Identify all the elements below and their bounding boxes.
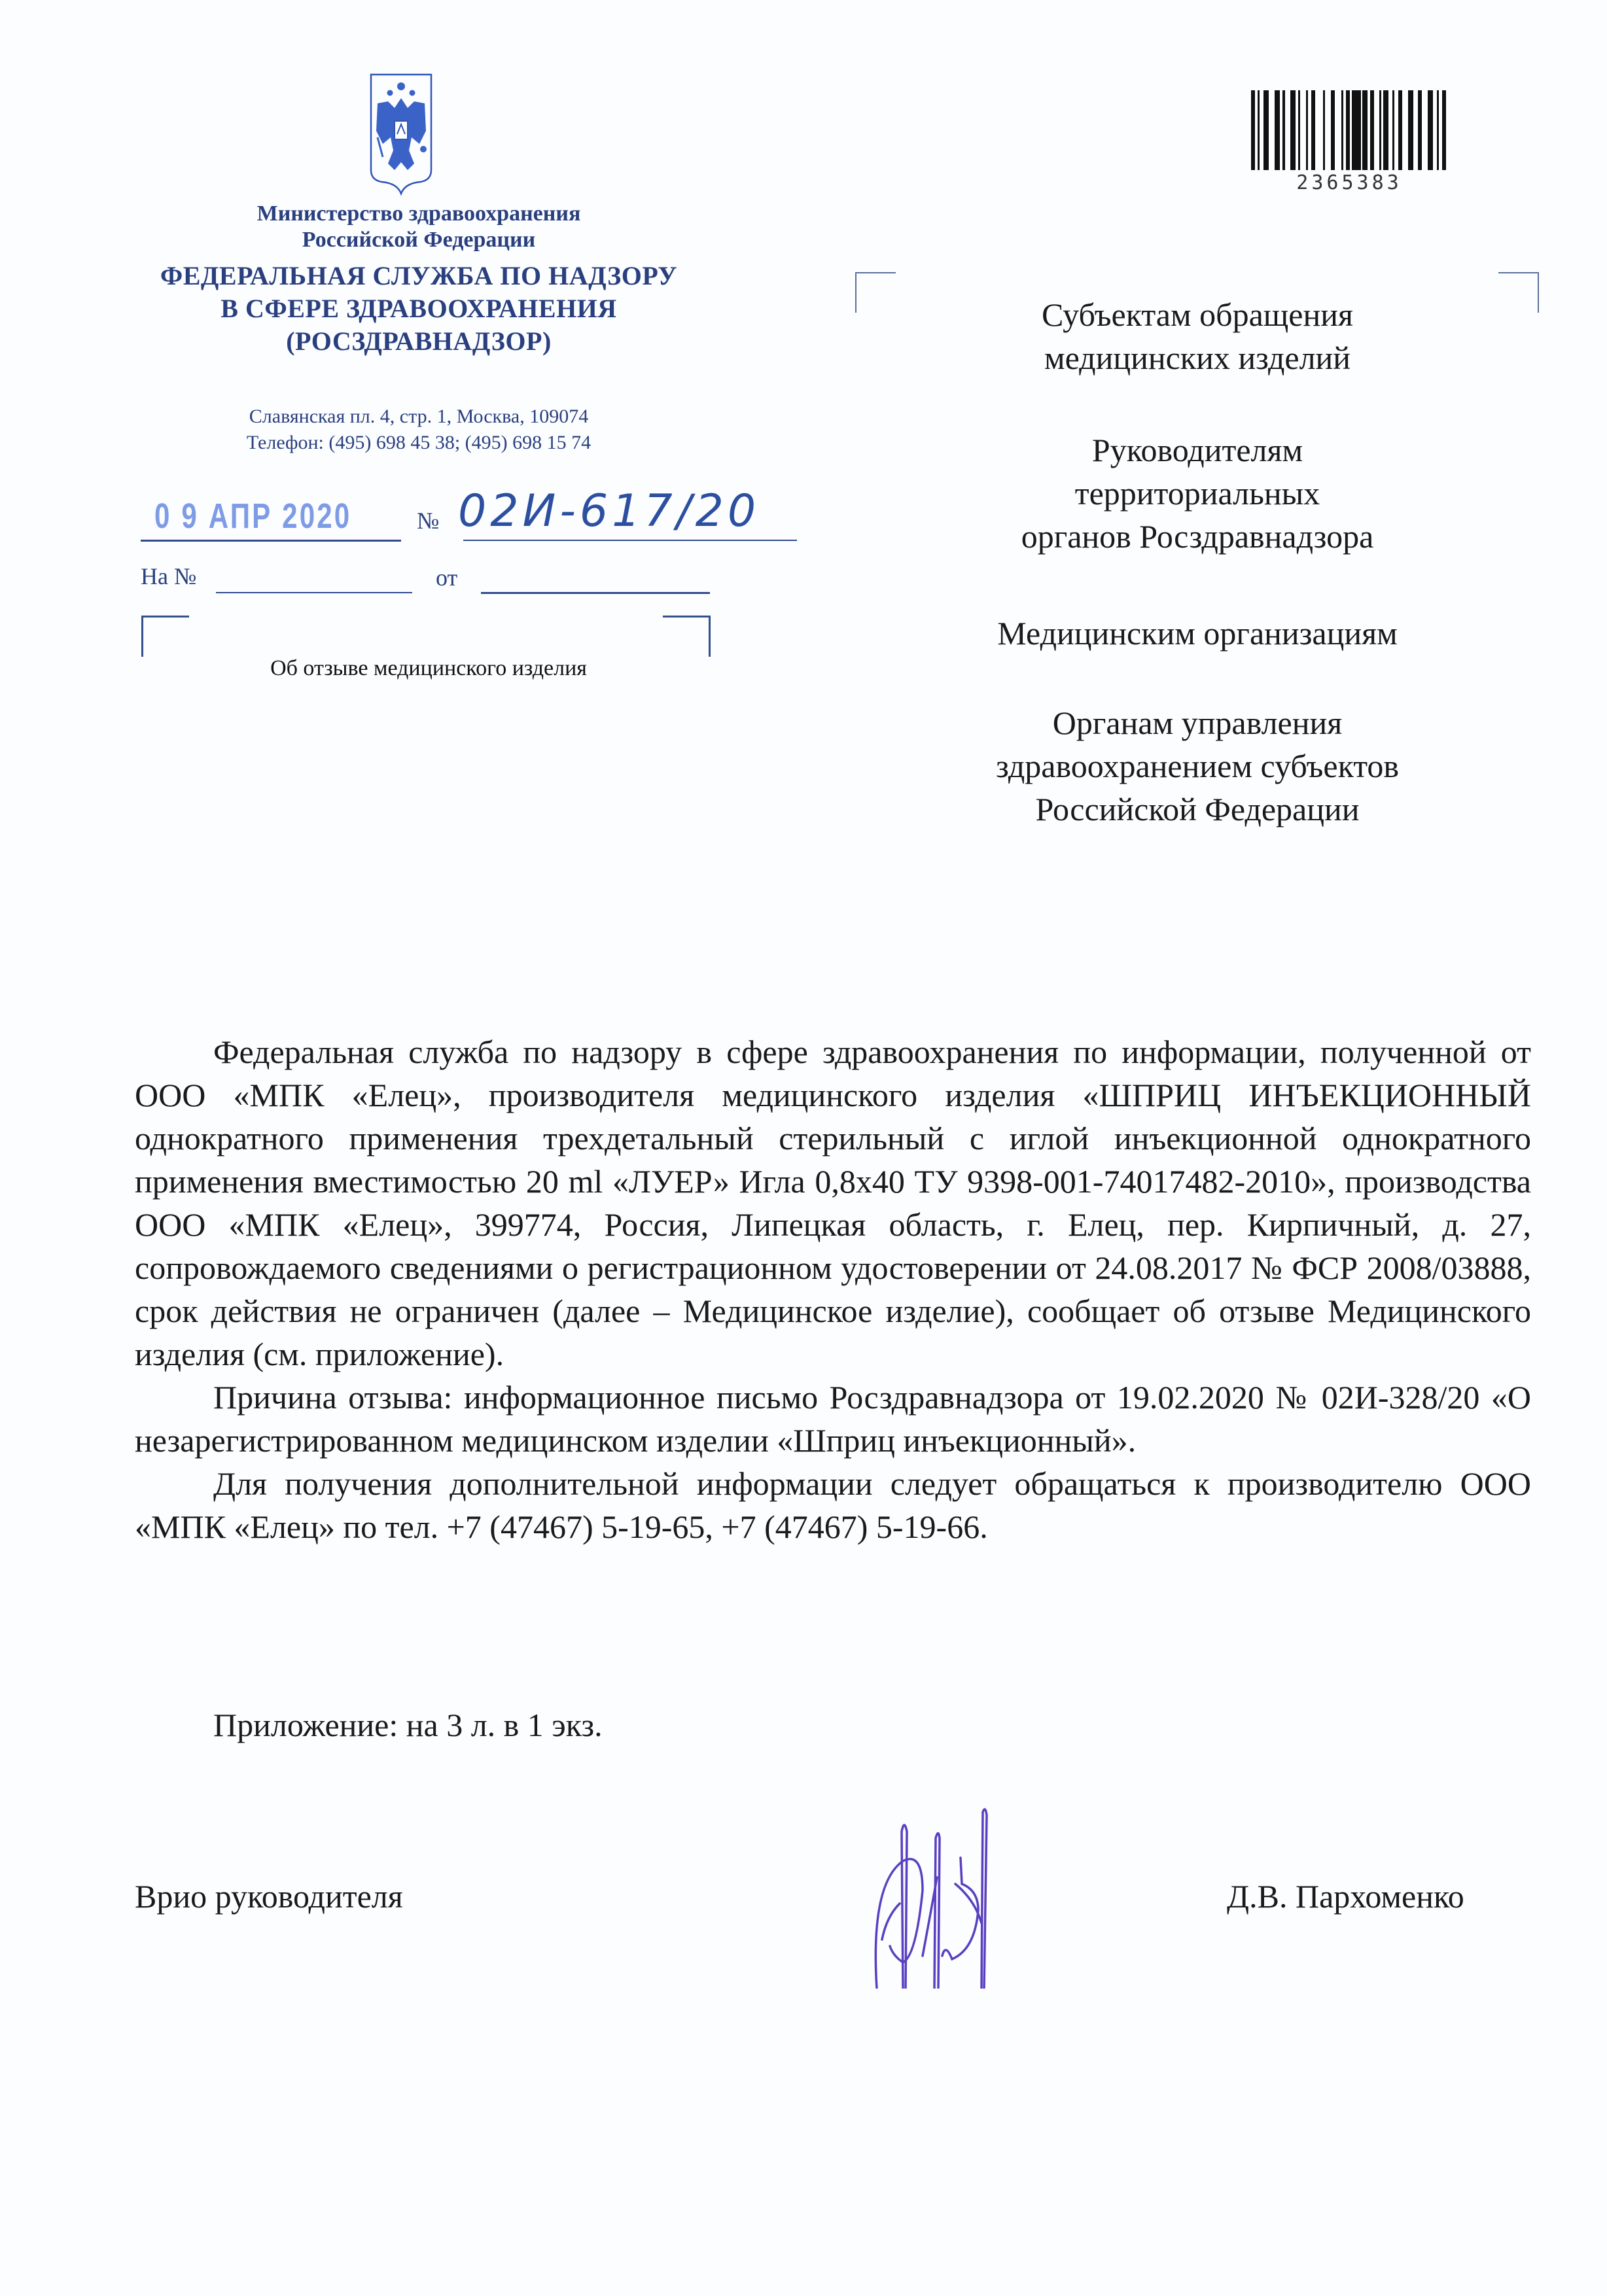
recipient-line: Медицинским организациям	[857, 612, 1538, 655]
signatory-name: Д.В. Пархоменко	[1227, 1877, 1464, 1915]
org-phone: Телефон: (495) 698 45 38; (495) 698 15 7…	[118, 432, 720, 454]
body-paragraph-3: Для получения дополнительной информации …	[135, 1462, 1531, 1548]
recipient-health-authorities: Органам управления здравоохранением субъ…	[857, 701, 1538, 831]
barcode-icon	[1251, 90, 1447, 170]
barcode-number: 2365383	[1251, 171, 1447, 194]
recipient-line: медицинских изделий	[857, 336, 1538, 379]
service-name-line2: В СФЕРЕ ЗДРАВООХРАНЕНИЯ	[118, 293, 720, 324]
letter-subject: Об отзыве медицинского изделия	[118, 656, 739, 681]
recipient-medical-organizations: Медицинским организациям	[857, 612, 1538, 655]
reference-date-field	[481, 592, 710, 594]
recipient-line: Российской Федерации	[857, 788, 1538, 831]
handwritten-signature-icon	[864, 1792, 1008, 1989]
number-label: №	[417, 507, 439, 534]
body-paragraph-2: Причина отзыва: информационное письмо Ро…	[135, 1376, 1531, 1462]
subject-bracket-right	[663, 616, 711, 657]
reference-number-label: На №	[141, 563, 196, 590]
signatory-position: Врио руководителя	[135, 1877, 403, 1915]
number-underline	[463, 540, 797, 541]
letter-body: Федеральная служба по надзору в сфере зд…	[135, 1030, 1531, 1548]
recipient-territorial-heads: Руководителям территориальных органов Ро…	[857, 428, 1538, 558]
coat-of-arms-icon	[368, 72, 434, 196]
recipient-line: Субъектам обращения	[857, 293, 1538, 336]
subject-bracket-left	[141, 616, 189, 657]
date-underline	[141, 540, 401, 542]
recipient-medical-device-subjects: Субъектам обращения медицинских изделий	[857, 293, 1538, 379]
service-name-line1: ФЕДЕРАЛЬНАЯ СЛУЖБА ПО НАДЗОРУ	[118, 260, 720, 291]
recipient-line: Органам управления	[857, 701, 1538, 744]
reference-from-label: от	[436, 564, 457, 591]
ministry-name-line2: Российской Федерации	[118, 228, 720, 252]
service-name-line3: (РОСЗДРАВНАДЗОР)	[118, 326, 720, 357]
recipient-line: органов Росздравнадзора	[857, 515, 1538, 558]
body-paragraph-1: Федеральная служба по надзору в сфере зд…	[135, 1030, 1531, 1376]
ministry-name-line1: Министерство здравоохранения	[118, 201, 720, 226]
recipient-line: территориальных	[857, 472, 1538, 515]
recipient-line: Руководителям	[857, 428, 1538, 472]
registration-number: 02И-617/20	[458, 485, 760, 537]
attachment-note: Приложение: на 3 л. в 1 экз.	[213, 1706, 603, 1744]
reference-number-field	[216, 592, 412, 593]
org-address: Славянская пл. 4, стр. 1, Москва, 109074	[118, 406, 720, 428]
date-stamp: 0 9 АПР 2020	[154, 496, 351, 536]
recipient-line: здравоохранением субъектов	[857, 744, 1538, 788]
